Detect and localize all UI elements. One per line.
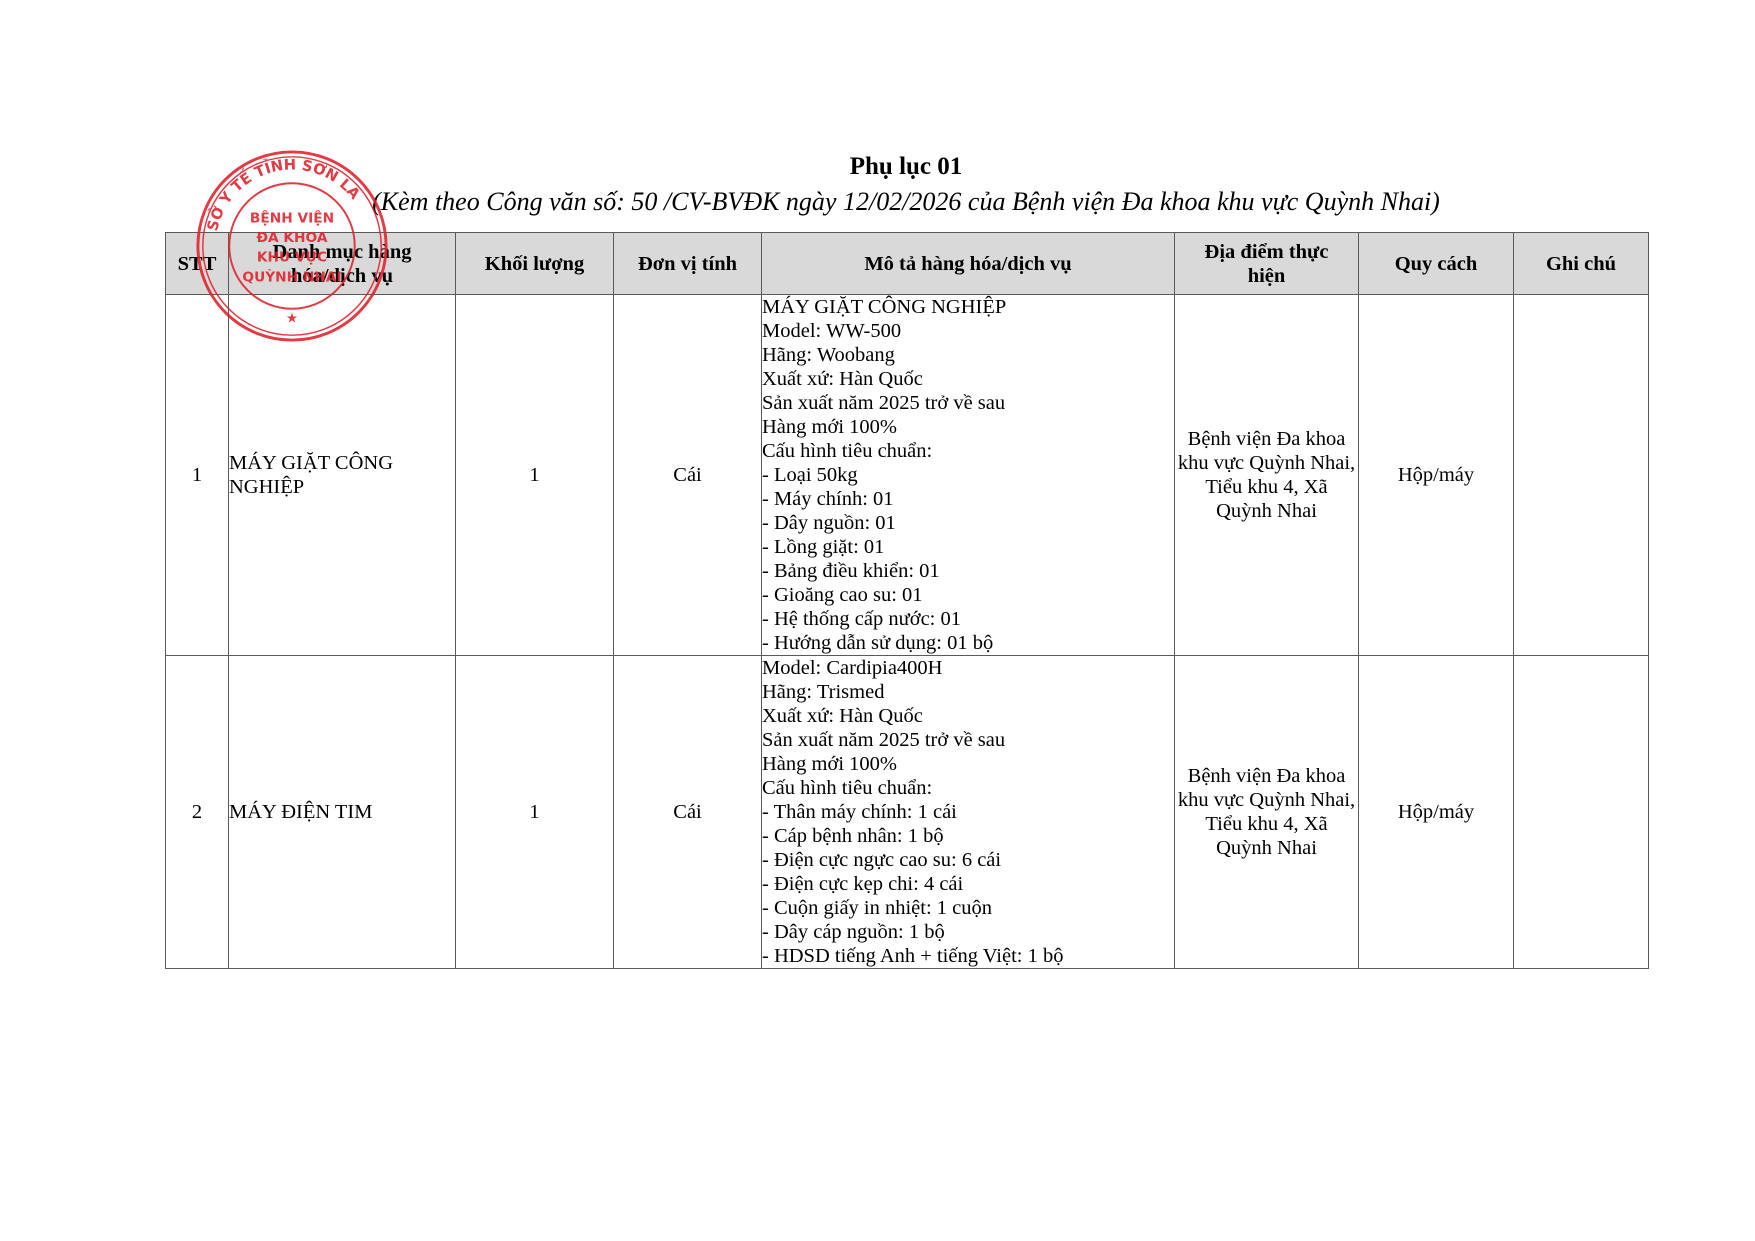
description-line: Xuất xứ: Hàn Quốc [762,367,1174,391]
header-location: Địa điểm thực hiện [1175,233,1359,295]
cell-description: Model: Cardipia400HHãng: TrismedXuất xứ:… [762,656,1175,969]
description-line: - Cuộn giấy in nhiệt: 1 cuộn [762,896,1174,920]
description-line: Cấu hình tiêu chuẩn: [762,776,1174,800]
header-description: Mô tả hàng hóa/dịch vụ [762,233,1175,295]
description-line: - Gioăng cao su: 01 [762,583,1174,607]
cell-location: Bệnh viện Đa khoa khu vực Quỳnh Nhai, Ti… [1175,656,1359,969]
description-line: - Điện cực kẹp chi: 4 cái [762,872,1174,896]
cell-stt: 1 [166,295,229,656]
appendix-table: STT Danh mục hàng hóa/dịch vụ Khối lượng… [165,232,1649,969]
description-line: - Dây nguồn: 01 [762,511,1174,535]
header-quantity: Khối lượng [456,233,614,295]
cell-item: MÁY ĐIỆN TIM [229,656,456,969]
description-line: - Bảng điều khiển: 01 [762,559,1174,583]
description-line: - Thân máy chính: 1 cái [762,800,1174,824]
header-item: Danh mục hàng hóa/dịch vụ [229,233,456,295]
description-line: MÁY GIẶT CÔNG NGHIỆP [762,295,1174,319]
description-line: Sản xuất năm 2025 trở về sau [762,391,1174,415]
cell-unit: Cái [614,295,762,656]
description-line: Sản xuất năm 2025 trở về sau [762,728,1174,752]
cell-quantity: 1 [456,295,614,656]
table-row: 2 MÁY ĐIỆN TIM 1 Cái Model: Cardipia400H… [166,656,1649,969]
description-line: Hàng mới 100% [762,415,1174,439]
description-line: Hãng: Trismed [762,680,1174,704]
description-line: - Lồng giặt: 01 [762,535,1174,559]
description-line: Model: WW-500 [762,319,1174,343]
description-line: Cấu hình tiêu chuẩn: [762,439,1174,463]
header-note: Ghi chú [1514,233,1649,295]
table-header-row: STT Danh mục hàng hóa/dịch vụ Khối lượng… [166,233,1649,295]
description-line: Model: Cardipia400H [762,656,1174,680]
document-title: Phụ lục 01 [0,152,1755,182]
cell-location: Bệnh viện Đa khoa khu vực Quỳnh Nhai, Ti… [1175,295,1359,656]
description-line: Xuất xứ: Hàn Quốc [762,704,1174,728]
description-line: Hãng: Woobang [762,343,1174,367]
description-line: - Hướng dẫn sử dụng: 01 bộ [762,631,1174,655]
document-subtitle: (Kèm theo Công văn số: 50 /CV-BVĐK ngày … [0,186,1755,218]
header-packaging: Quy cách [1359,233,1514,295]
description-line: Hàng mới 100% [762,752,1174,776]
cell-unit: Cái [614,656,762,969]
description-line: - Loại 50kg [762,463,1174,487]
description-line: - Cáp bệnh nhân: 1 bộ [762,824,1174,848]
cell-item: MÁY GIẶT CÔNG NGHIỆP [229,295,456,656]
description-line: - Dây cáp nguồn: 1 bộ [762,920,1174,944]
header-unit: Đơn vị tính [614,233,762,295]
cell-packaging: Hộp/máy [1359,295,1514,656]
cell-stt: 2 [166,656,229,969]
cell-note [1514,656,1649,969]
header-stt: STT [166,233,229,295]
description-line: - Hệ thống cấp nước: 01 [762,607,1174,631]
cell-description: MÁY GIẶT CÔNG NGHIỆPModel: WW-500Hãng: W… [762,295,1175,656]
cell-quantity: 1 [456,656,614,969]
cell-packaging: Hộp/máy [1359,656,1514,969]
description-line: - HDSD tiếng Anh + tiếng Việt: 1 bộ [762,944,1174,968]
cell-note [1514,295,1649,656]
description-line: - Máy chính: 01 [762,487,1174,511]
table-row: 1 MÁY GIẶT CÔNG NGHIỆP 1 Cái MÁY GIẶT CÔ… [166,295,1649,656]
description-line: - Điện cực ngực cao su: 6 cái [762,848,1174,872]
